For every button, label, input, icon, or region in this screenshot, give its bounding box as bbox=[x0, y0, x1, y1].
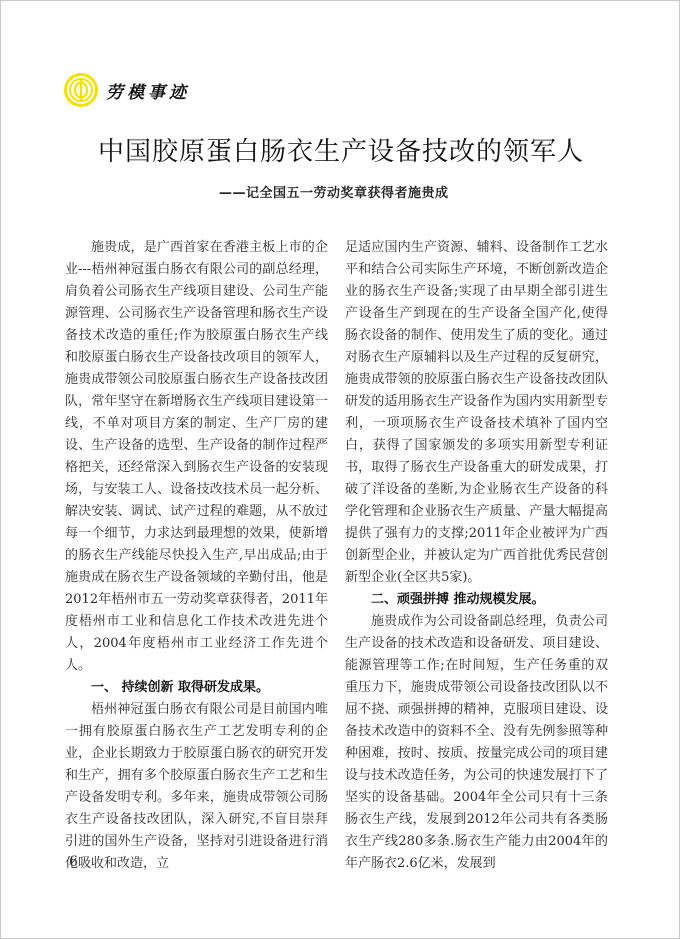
paragraph-development: 施贵成作为公司设备副总经理，负责公司生产设备的技术改造和设备研发、项目建设、能源… bbox=[345, 611, 608, 875]
paragraph-intro: 施贵成，是广西首家在香港主板上市的企业---梧州神冠蛋白肠衣有限公司的副总经理，… bbox=[65, 237, 328, 677]
article-subtitle: ——记全国五一劳动奖章获得者施贵成 bbox=[219, 182, 449, 201]
section-heading-2: 二、顽强拼搏 推动规模发展。 bbox=[345, 589, 608, 611]
right-column: 足适应国内生产资源、辅料、设备制作工艺水平和结合公司实际生产环境，不断创新改造企… bbox=[345, 237, 608, 875]
left-column: 施贵成，是广西首家在香港主板上市的企业---梧州神冠蛋白肠衣有限公司的副总经理，… bbox=[65, 237, 328, 875]
section-heading-1: 一、 持续创新 取得研发成果。 bbox=[65, 677, 328, 699]
article-title: 中国胶原蛋白肠衣生产设备技改的领军人 bbox=[1, 131, 680, 168]
section-label: 劳模事迹 bbox=[106, 78, 190, 103]
paragraph-innovation: 梧州神冠蛋白肠衣有限公司是目前国内唯一拥有胶原蛋白肠衣生产工艺发明专利的企业，企… bbox=[65, 699, 328, 875]
paragraph-innovation-continued: 足适应国内生产资源、辅料、设备制作工艺水平和结合公司实际生产环境，不断创新改造企… bbox=[345, 237, 608, 589]
page-number: 6 bbox=[69, 854, 78, 870]
trade-union-emblem-icon bbox=[64, 73, 98, 107]
document-page: 劳模事迹 中国胶原蛋白肠衣生产设备技改的领军人 ——记全国五一劳动奖章获得者施贵… bbox=[0, 0, 680, 939]
section-header: 劳模事迹 bbox=[64, 73, 190, 107]
